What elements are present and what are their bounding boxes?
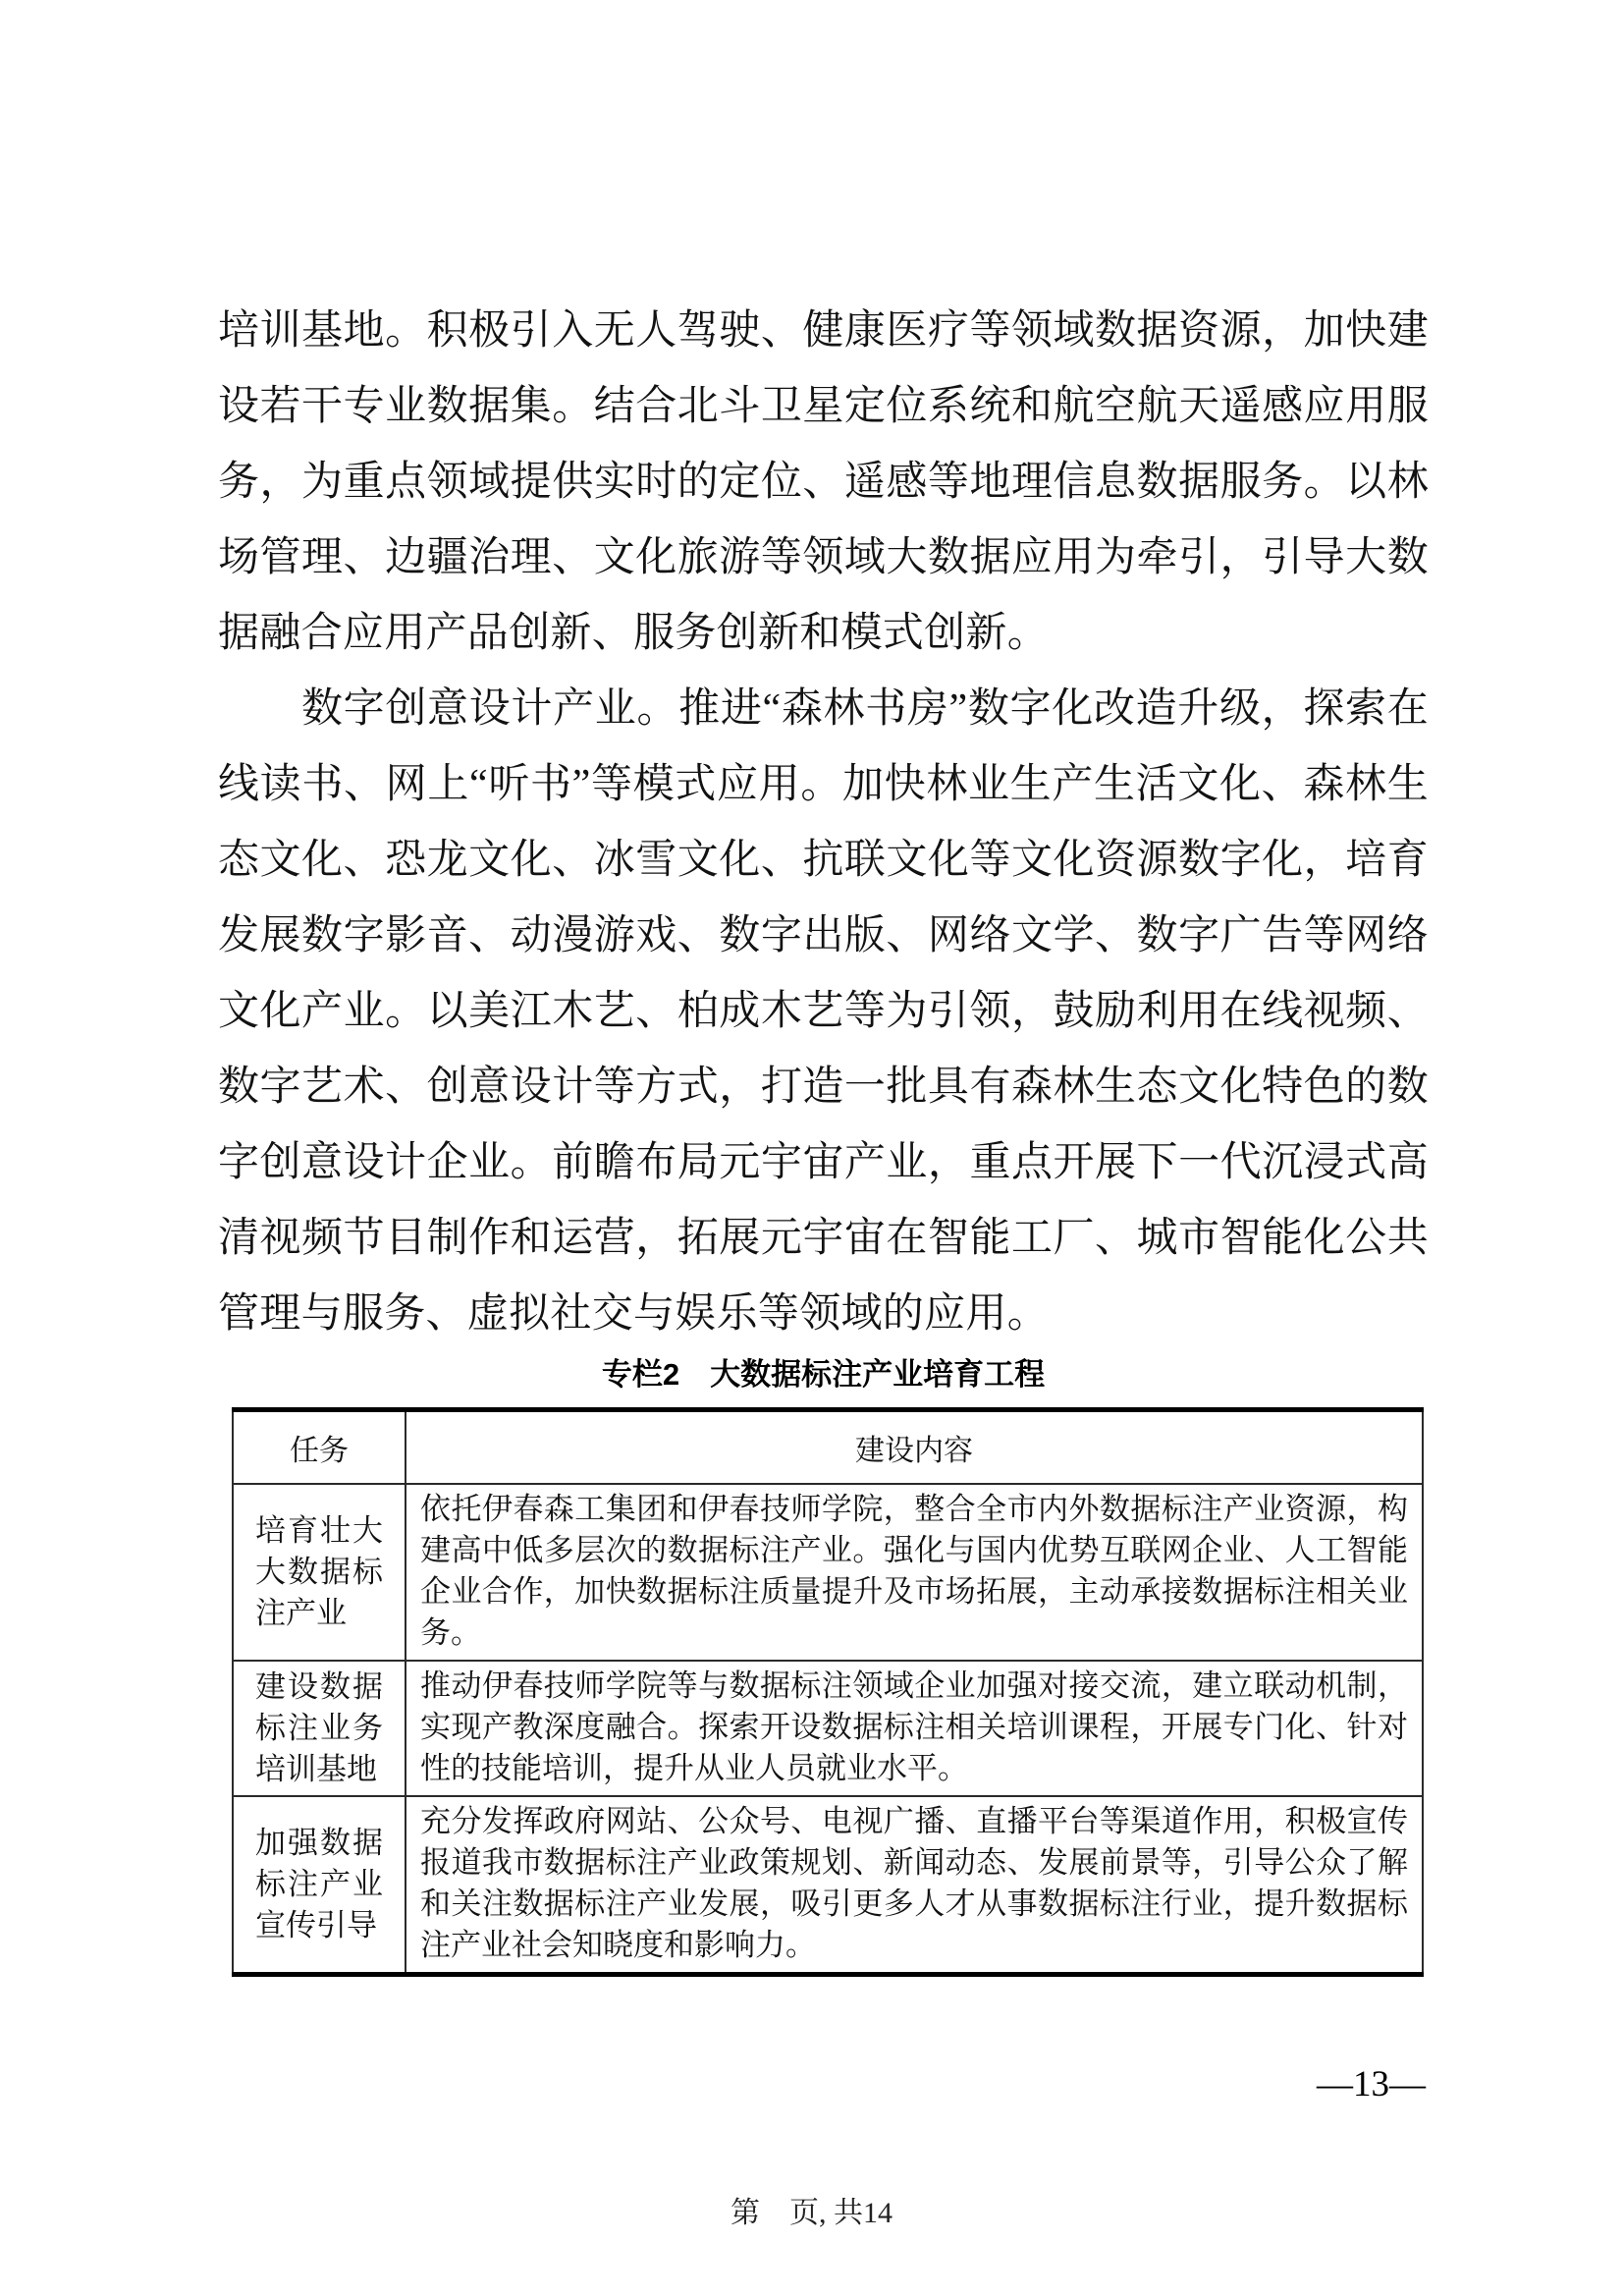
table-title: 专栏2 大数据标注产业培育工程 [218, 1356, 1429, 1394]
table-row-publicity-guidance: 加强数据标注产业宣传引导 充分发挥政府网站、公众号、电视广播、直播平台等渠道作用… [233, 1796, 1423, 1975]
paragraph-data-training-base: 培训基地。积极引入无人驾驶、健康医疗等领域数据资源，加快建设若干专业数据集。结合… [218, 294, 1429, 672]
table-header-row: 任务 建设内容 [233, 1410, 1423, 1485]
page-number: —13— [1317, 2062, 1426, 2107]
header-cell-content: 建设内容 [406, 1410, 1423, 1485]
document-page: 培训基地。积极引入无人驾驶、健康医疗等领域数据资源，加快建设若干专业数据集。结合… [0, 0, 1623, 2296]
table-row-cultivate-industry: 培育壮大大数据标注产业 依托伊春森工集团和伊春技师学院，整合全市内外数据标注产业… [233, 1484, 1423, 1661]
task-cell-training-base: 建设数据标注业务培训基地 [233, 1661, 406, 1796]
paragraph-digital-creative-design: 数字创意设计产业。推进“森林书房”数字化改造升级，探索在线读书、网上“听书”等模… [218, 672, 1429, 1352]
content-cell-training-base: 推动伊春技师学院等与数据标注领域企业加强对接交流，建立联动机制，实现产教深度融合… [406, 1661, 1423, 1796]
task-cell-publicity-guidance: 加强数据标注产业宣传引导 [233, 1796, 406, 1975]
footer-page-label: 第 页, 共14 [0, 2195, 1623, 2232]
column2-project-table: 任务 建设内容 培育壮大大数据标注产业 依托伊春森工集团和伊春技师学院，整合全市… [232, 1407, 1424, 1977]
task-cell-cultivate-industry: 培育壮大大数据标注产业 [233, 1484, 406, 1661]
header-cell-task: 任务 [233, 1410, 406, 1485]
table-row-training-base: 建设数据标注业务培训基地 推动伊春技师学院等与数据标注领域企业加强对接交流，建立… [233, 1661, 1423, 1796]
content-cell-publicity-guidance: 充分发挥政府网站、公众号、电视广播、直播平台等渠道作用，积极宣传报道我市数据标注… [406, 1796, 1423, 1975]
document-content: 培训基地。积极引入无人驾驶、健康医疗等领域数据资源，加快建设若干专业数据集。结合… [218, 294, 1429, 1977]
content-cell-cultivate-industry: 依托伊春森工集团和伊春技师学院，整合全市内外数据标注产业资源，构建高中低多层次的… [406, 1484, 1423, 1661]
